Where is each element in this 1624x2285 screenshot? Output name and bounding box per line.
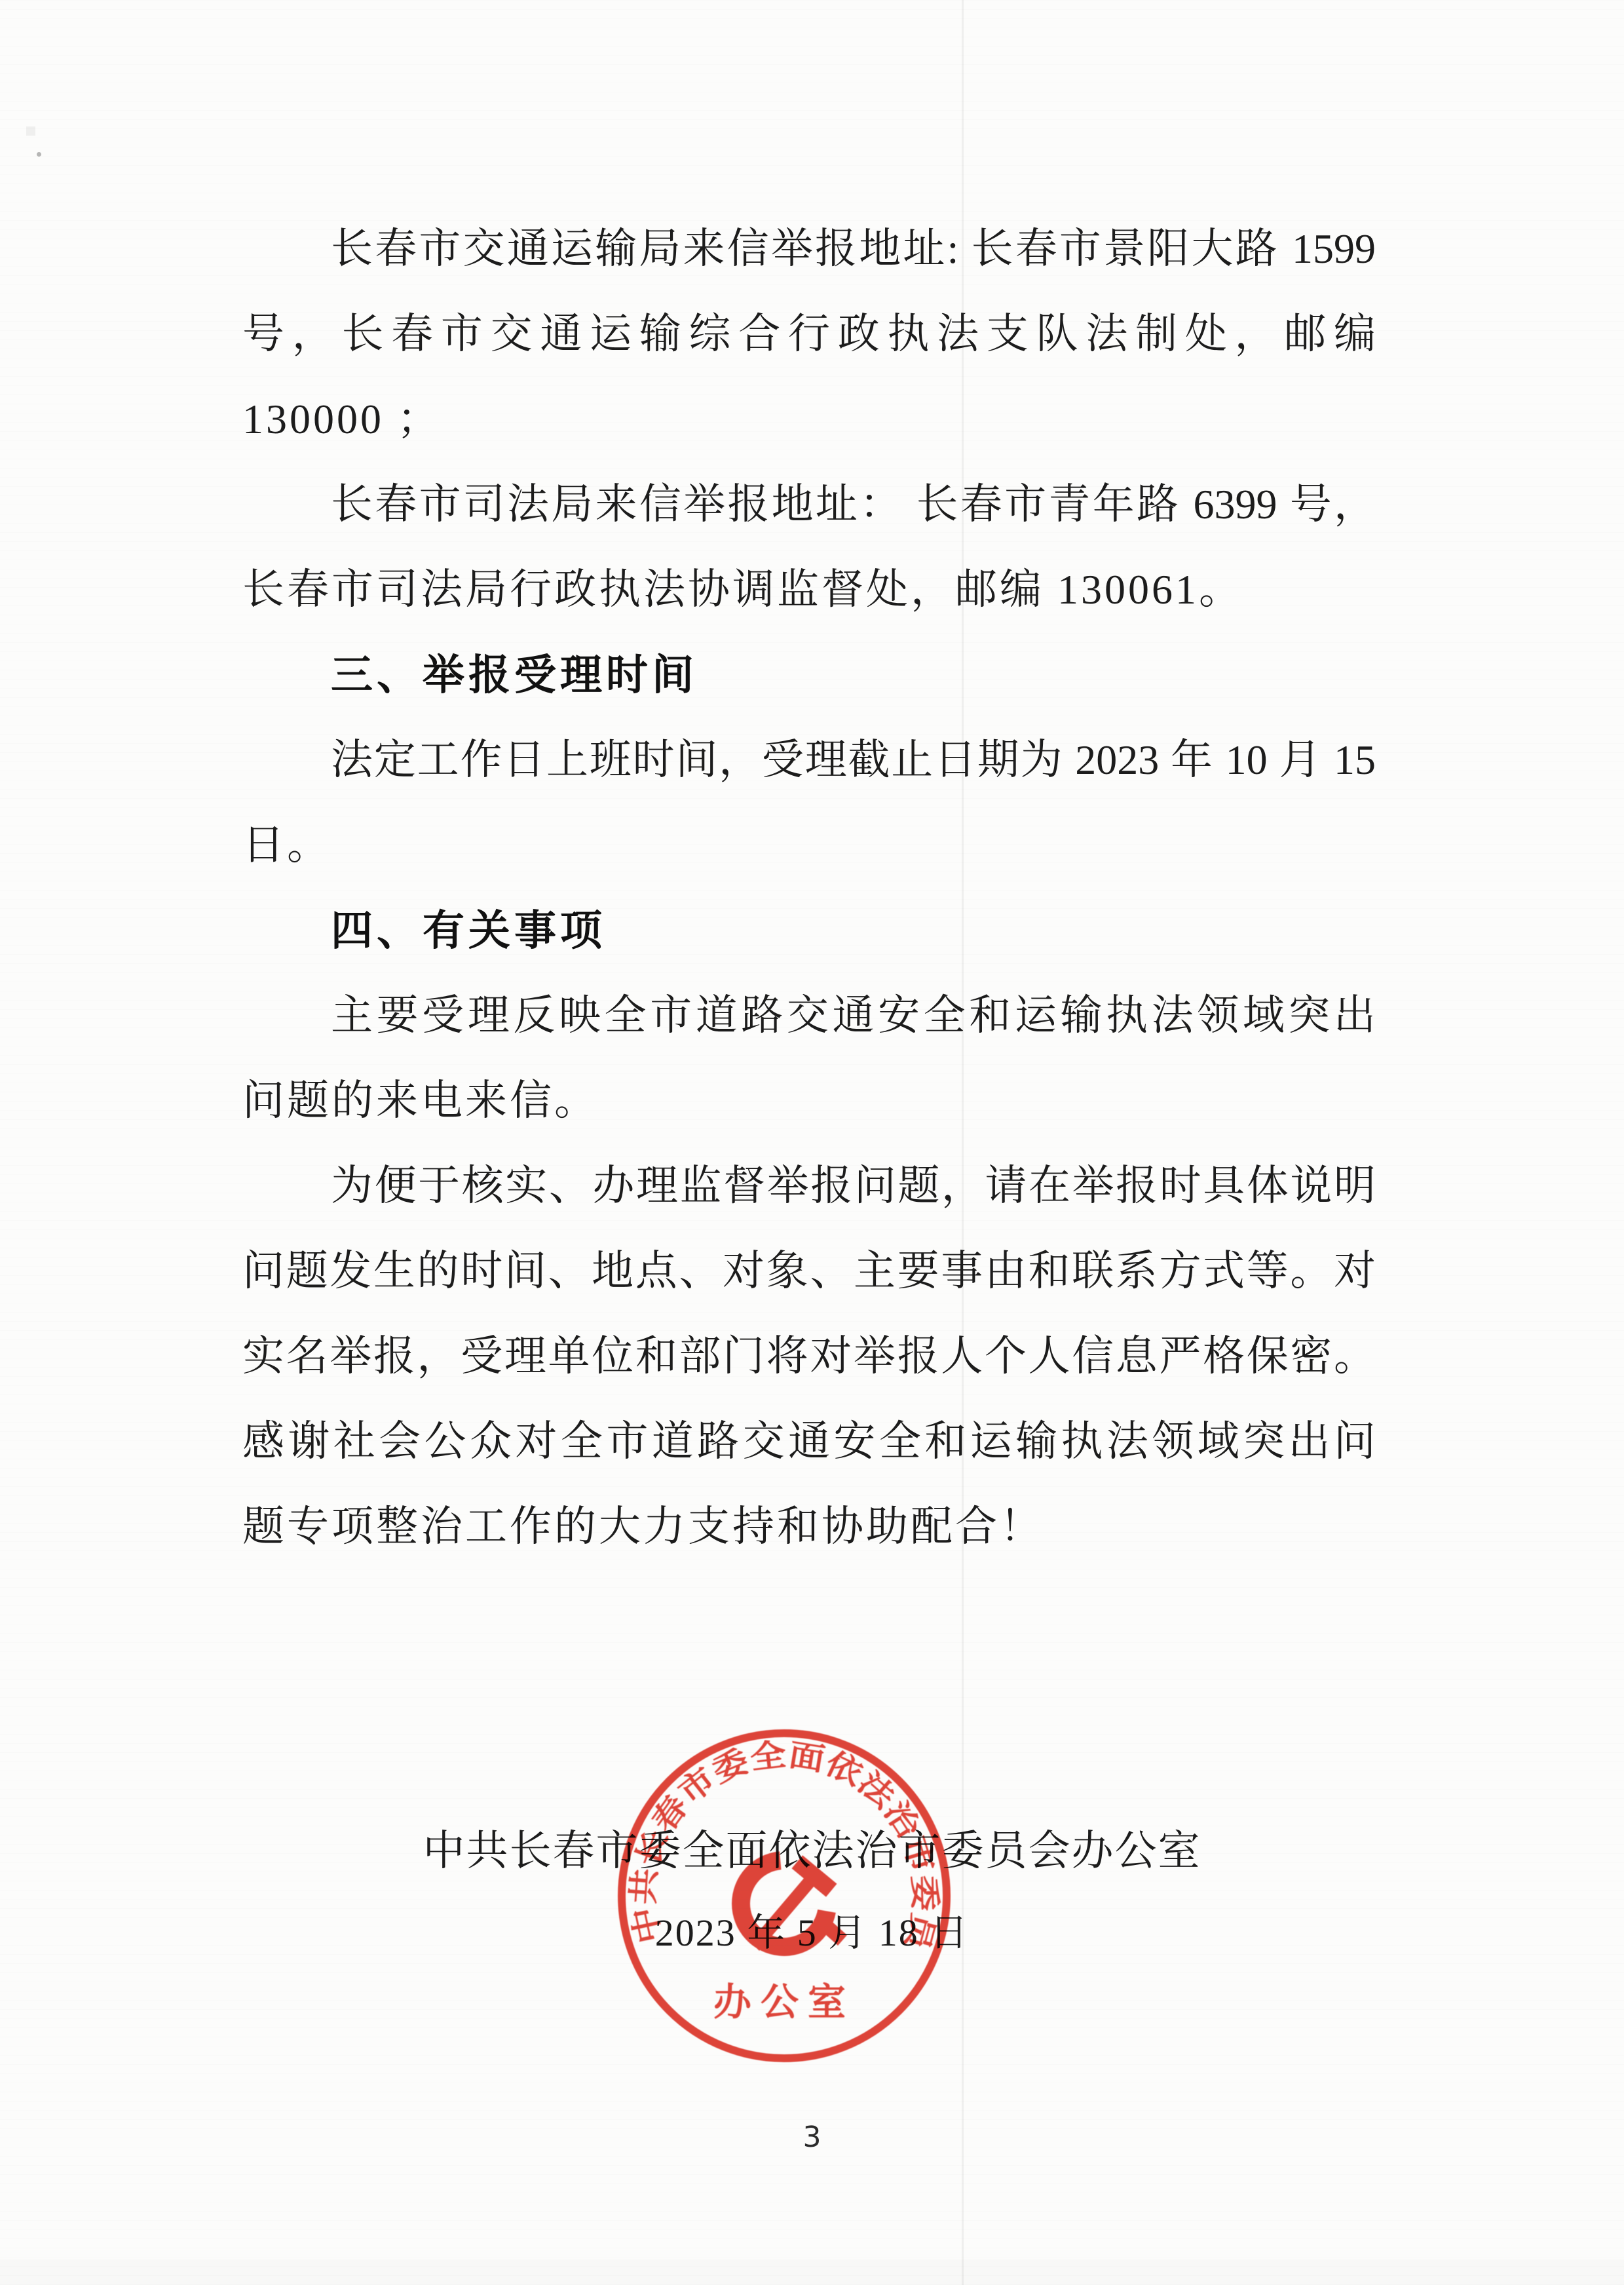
text-line: 问题的来电来信。: [242, 1058, 1376, 1143]
document-page: 长春市交通运输局来信举报地址: 长春市景阳大路 1599号，长春市交通运输综合行…: [0, 0, 1624, 2285]
section-heading: 三、举报受理时间: [242, 632, 1376, 718]
text-line: 法定工作日上班时间，受理截止日期为 2023 年 10 月 15: [242, 718, 1376, 803]
text-line: 长春市司法局来信举报地址： 长春市青年路 6399 号，: [242, 462, 1376, 547]
scan-artifact-bottom-band: [0, 2259, 1624, 2285]
text-line: 长春市交通运输局来信举报地址: 长春市景阳大路 1599: [242, 206, 1376, 292]
body-text: 长春市交通运输局来信举报地址: 长春市景阳大路 1599号，长春市交通运输综合行…: [242, 206, 1376, 1569]
text-line: 问题发生的时间、地点、对象、主要事由和联系方式等。对: [242, 1229, 1376, 1314]
text-line: 日。: [242, 803, 1376, 888]
hammer-and-sickle-icon: [732, 1851, 847, 1956]
text-line: 130000 ；: [242, 377, 1376, 462]
page-number: 3: [0, 2119, 1624, 2156]
official-seal: 中共长春市委全面依法治市委员会 办公室: [607, 1719, 961, 2073]
text-line: 号，长春市交通运输综合行政执法支队法制处，邮编: [242, 292, 1376, 377]
text-line: 题专项整治工作的大力支持和协助配合！: [242, 1484, 1376, 1569]
scan-speck: [26, 126, 35, 136]
text-line: 为便于核实、办理监督举报问题，请在举报时具体说明: [242, 1143, 1376, 1229]
section-heading: 四、有关事项: [242, 888, 1376, 973]
text-line: 主要受理反映全市道路交通安全和运输执法领域突出: [242, 973, 1376, 1058]
seal-bottom-text: 办公室: [713, 1981, 855, 2024]
text-line: 长春市司法局行政执法协调监督处，邮编 130061。: [242, 547, 1376, 632]
text-line: 感谢社会公众对全市道路交通安全和运输执法领域突出问: [242, 1399, 1376, 1484]
scan-speck: [37, 152, 41, 157]
text-line: 实名举报，受理单位和部门将对举报人个人信息严格保密。: [242, 1314, 1376, 1399]
